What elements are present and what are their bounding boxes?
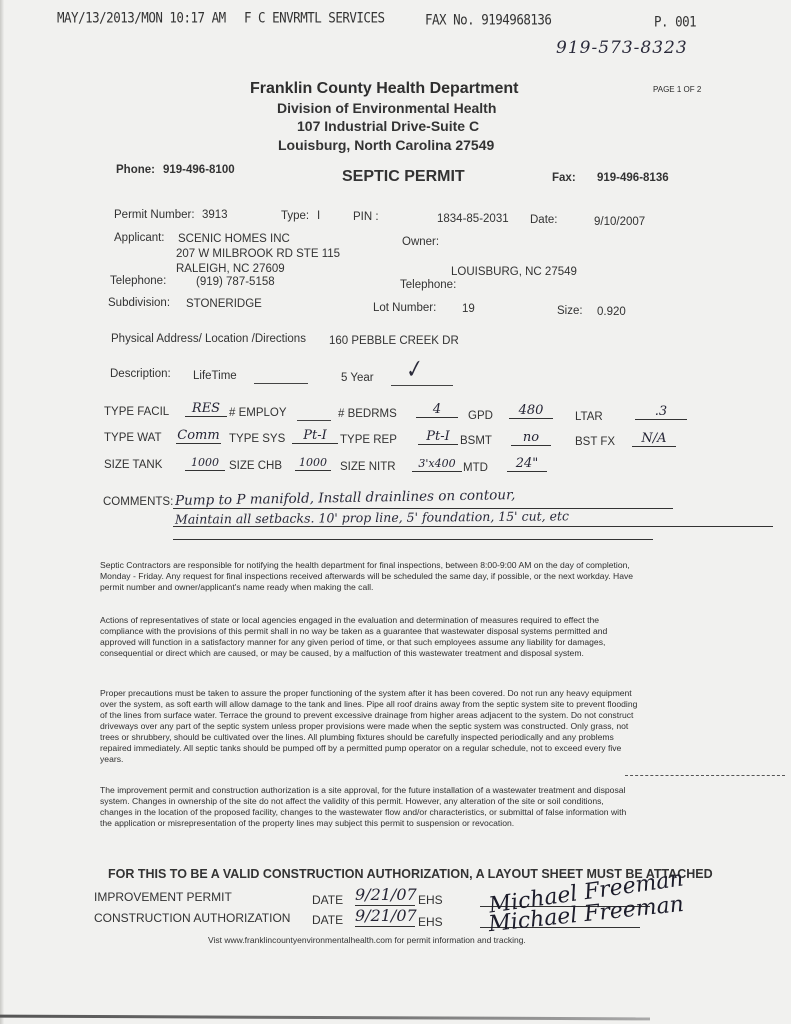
type-facil-label: TYPE FACIL bbox=[104, 406, 169, 418]
size-tank-label: SIZE TANK bbox=[104, 459, 162, 471]
physical-address: 160 PEBBLE CREEK DR bbox=[329, 335, 459, 347]
phone-value: 919-496-8100 bbox=[163, 164, 235, 176]
division-name: Division of Environmental Health bbox=[277, 100, 496, 116]
pin-value: 1834-85-2031 bbox=[437, 213, 509, 225]
construction-ehs-label: EHS bbox=[418, 915, 443, 929]
lifetime-blank bbox=[254, 371, 308, 384]
bedrms-value: 4 bbox=[416, 403, 458, 418]
fax-value: 919-496-8136 bbox=[597, 172, 669, 184]
type-rep-label: TYPE REP bbox=[340, 434, 397, 446]
address-line2: Louisburg, North Carolina 27549 bbox=[278, 137, 494, 153]
notice-liability: Actions of representatives of state or l… bbox=[100, 615, 638, 659]
permit-number: 3913 bbox=[202, 209, 228, 221]
construction-date-label: DATE bbox=[312, 913, 343, 927]
applicant-address2: RALEIGH, NC 27609 bbox=[176, 263, 285, 275]
construction-authorization-label: CONSTRUCTION AUTHORIZATION bbox=[94, 911, 290, 925]
owner-label: Owner: bbox=[402, 236, 439, 248]
date-label: Date: bbox=[530, 214, 558, 226]
document-title: SEPTIC PERMIT bbox=[342, 168, 465, 186]
size-chb-value: 1000 bbox=[295, 456, 331, 471]
owner-city: LOUISBURG, NC 27549 bbox=[451, 266, 577, 278]
subdivision-value: STONERIDGE bbox=[186, 298, 262, 310]
type-label: Type: bbox=[281, 210, 309, 222]
type-wat-value: Comm bbox=[176, 429, 221, 444]
org-name: Franklin County Health Department bbox=[250, 80, 518, 98]
notice-site-approval: The improvement permit and construction … bbox=[100, 785, 638, 829]
notice-inspections: Septic Contractors are responsible for n… bbox=[100, 560, 638, 593]
handwritten-phone: 919-573-8323 bbox=[556, 38, 688, 58]
type-value: I bbox=[317, 210, 320, 222]
page-edge bbox=[0, 0, 4, 1024]
comments-line-1: Pump to P manifold, Install drainlines o… bbox=[175, 487, 516, 509]
ltar-label: LTAR bbox=[575, 411, 603, 423]
applicant-label: Applicant: bbox=[114, 232, 165, 244]
applicant-telephone: (919) 787-5158 bbox=[196, 276, 275, 288]
five-year-label: 5 Year bbox=[341, 372, 374, 384]
address-line1: 107 Industrial Drive-Suite C bbox=[297, 118, 479, 134]
mtd-value: 24" bbox=[507, 457, 547, 472]
lot-number-label: Lot Number: bbox=[373, 302, 436, 314]
description-label: Description: bbox=[110, 368, 171, 380]
page-bottom-edge bbox=[0, 1015, 650, 1021]
fax-number: FAX No. 9194968136 bbox=[425, 11, 551, 28]
improvement-ehs-label: EHS bbox=[418, 893, 443, 907]
comments-underline-3 bbox=[173, 539, 653, 540]
size-chb-label: SIZE CHB bbox=[229, 460, 282, 472]
bsmt-value: no bbox=[511, 431, 551, 446]
type-wat-label: TYPE WAT bbox=[104, 432, 162, 444]
phone-label: Phone: bbox=[116, 164, 155, 176]
dashed-separator bbox=[625, 775, 785, 776]
employ-blank bbox=[297, 408, 331, 421]
gpd-value: 480 bbox=[509, 404, 553, 419]
comments-underline-2 bbox=[173, 526, 773, 527]
permit-number-label: Permit Number: bbox=[114, 209, 195, 221]
owner-telephone-label: Telephone: bbox=[400, 279, 456, 291]
bst-fx-value: N/A bbox=[632, 432, 676, 447]
applicant-address1: 207 W MILBROOK RD STE 115 bbox=[176, 248, 340, 260]
employ-label: # EMPLOY bbox=[229, 407, 287, 419]
ltar-value: .3 bbox=[635, 405, 687, 420]
size-tank-value: 1000 bbox=[185, 456, 225, 471]
notice-precautions: Proper precautions must be taken to assu… bbox=[100, 688, 638, 765]
bedrms-label: # BEDRMS bbox=[338, 408, 397, 420]
footer-website-note: Vist www.franklincountyenvironmentalheal… bbox=[208, 935, 526, 945]
subdivision-label: Subdivision: bbox=[108, 297, 170, 309]
construction-date-value: 9/21/07 bbox=[355, 906, 415, 927]
fax-label: Fax: bbox=[552, 172, 576, 184]
size-value: 0.920 bbox=[597, 306, 626, 318]
comments-line-2: Maintain all setbacks. 10' prop line, 5'… bbox=[175, 508, 569, 526]
applicant-name: SCENIC HOMES INC bbox=[178, 233, 290, 245]
fax-timestamp: MAY/13/2013/MON 10:17 AM bbox=[57, 9, 226, 26]
type-sys-value: Pt-I bbox=[292, 429, 338, 444]
improvement-date-value: 9/21/07 bbox=[355, 885, 415, 906]
lifetime-label: LifeTime bbox=[193, 370, 237, 382]
bst-fx-label: BST FX bbox=[575, 436, 615, 448]
type-facil-value: RES bbox=[185, 402, 227, 417]
improvement-date-label: DATE bbox=[312, 893, 343, 907]
gpd-label: GPD bbox=[468, 410, 493, 422]
size-label: Size: bbox=[557, 305, 583, 317]
applicant-telephone-label: Telephone: bbox=[110, 275, 166, 287]
pin-label: PIN : bbox=[353, 211, 379, 223]
size-nitr-value: 3'x400 bbox=[412, 457, 462, 472]
page-indicator: PAGE 1 OF 2 bbox=[653, 85, 701, 94]
bsmt-label: BSMT bbox=[460, 435, 492, 447]
mtd-label: MTD bbox=[463, 462, 488, 474]
size-nitr-label: SIZE NITR bbox=[340, 461, 396, 473]
lot-number: 19 bbox=[462, 303, 475, 315]
physical-address-label: Physical Address/ Location /Directions bbox=[111, 333, 306, 345]
fax-page: P. 001 bbox=[654, 13, 696, 30]
fax-sender: F C ENVRMTL SERVICES bbox=[244, 9, 385, 26]
permit-date: 9/10/2007 bbox=[594, 216, 645, 228]
type-sys-label: TYPE SYS bbox=[229, 433, 285, 445]
type-rep-value: Pt-I bbox=[418, 430, 458, 445]
improvement-permit-label: IMPROVEMENT PERMIT bbox=[94, 890, 232, 904]
comments-label: COMMENTS: bbox=[103, 496, 173, 508]
